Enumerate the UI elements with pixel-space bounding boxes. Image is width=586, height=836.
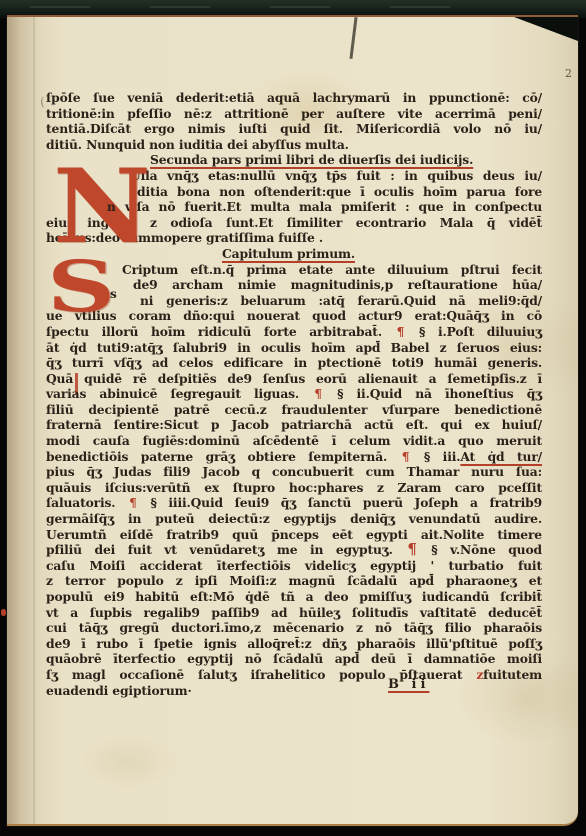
text-line: Quā quidē rē deſpitiēs de9 ſenſus eorū a… — [46, 371, 542, 387]
line-text: euadendi egiptiorum· — [46, 683, 192, 698]
line-text: q̄ʒ turrī vſq̄ʒ ad celos edificare in pt… — [46, 355, 542, 370]
text-line: modi cauſa fugiēs:dominū aſcēdentē ī cel… — [46, 433, 542, 449]
text-line: Uerumtñ eiſdē fratrib9 quū p̄nceps eēt e… — [46, 527, 542, 543]
line-text: pfiliū dei fuit vt venūdaretʒ me in egyp… — [46, 542, 405, 557]
line-text: At q̇d tur∕ — [460, 449, 542, 464]
line-text: varias abinuicē ſegregauit liguas. — [46, 386, 312, 401]
line-text: quāobrē īterfectio egyptij nō ſcādalū ap… — [46, 651, 542, 666]
ink-smudge — [349, 17, 357, 59]
guide-letter-s: s — [110, 287, 117, 301]
line-text: quāuis iſcius:verūtñ ex ſtupro hoc:phare… — [46, 480, 542, 495]
line-text: § i.Poſt diluuiuʒ — [406, 324, 542, 339]
quire-signature-label: B ii — [388, 677, 429, 692]
text-line: ſpōſe ſue veniā dederit:etiā aquā lachry… — [46, 90, 542, 106]
line-text: fuitutem — [483, 667, 542, 682]
folio-number-mark: 2 — [565, 67, 572, 80]
line-text: Criptum eſt.n.q̄ prima etate ante diluui… — [122, 262, 542, 277]
text-line: de9 ī rubo ī ſpetie ignis alloq̄ret̄:z d… — [46, 636, 542, 652]
red-paint-spot — [1, 609, 6, 616]
line-text: cui tāq̄ʒ gregū ductori.īmo,z mēcenario … — [46, 620, 542, 635]
line-text: de9 archam nimie magnitudinis,p reſtaura… — [133, 277, 542, 292]
text-line: z terror populo z ipſi Moiſi:z magnū ſcā… — [46, 573, 542, 589]
text-line: quāobrē īterfectio egyptij nō ſcādalū ap… — [46, 651, 542, 667]
text-line: tritionē:in pfeſſio nē:z attritionē per … — [46, 106, 542, 122]
text-line: varias abinuicē ſegregauit liguas. ¶ § i… — [46, 386, 542, 402]
line-text: Ulla vnq̄ʒ etas:nullū vnq̄ʒ tp̄s fuit : … — [130, 168, 542, 183]
line-text: § v.Nōne quod — [419, 542, 542, 557]
line-text: ſpōſe ſue veniā dederit:etiā aquā lachry… — [46, 90, 542, 105]
text-line: q̄ʒ turrī vſq̄ʒ ad celos edificare in pt… — [46, 355, 542, 371]
text-line: fraternā ſentire:Sicut p Jacob patriarch… — [46, 417, 542, 433]
text-line: ſpectu illorū hoīm ridiculū forte arbitr… — [46, 324, 542, 340]
line-text: ditia bona non oſtenderit:que ī oculis h… — [137, 184, 542, 199]
pilcrow-mark: ¶ — [395, 324, 407, 339]
guide-letter-n: n — [107, 200, 116, 214]
line-text: ni generis:z beluarum :atq̄ ferarū.Quid … — [140, 293, 542, 308]
line-text: § iiii.Quid ſeui9 q̄ʒ ſanctū puerū Joſep… — [139, 495, 542, 510]
text-line: germāiſq̄ʒ in puteū deiectū:z egyptijs d… — [46, 511, 542, 527]
text-line: caſu Moiſi acciderat īterfectiōis videli… — [46, 558, 542, 574]
pilcrow-mark: ¶ — [127, 495, 139, 510]
text-line: ue vtilius coram dño:qui nouerat quod ac… — [46, 308, 542, 324]
text-line: quāuis iſcius:verūtñ ex ſtupro hoc:phare… — [46, 480, 542, 496]
text-line: filiū decipientē patrē cecū.z fraudulent… — [46, 402, 542, 418]
text-line: pius q̄ʒ Judas fili9 Jacob q concubuerit… — [46, 464, 542, 480]
line-text: § ii.Quid nā īhoneſtius q̄ʒ — [324, 386, 542, 401]
line-text: viſa nō fuerit.Et multa mala pmiſerit : … — [125, 199, 542, 214]
line-text: § iii. — [411, 449, 460, 464]
page-corner-shadow — [514, 17, 578, 41]
line-text: z terror populo z ipſi Moiſi:z magnū ſcā… — [46, 573, 542, 588]
text-line: tentiā.Diſcāt ergo nimis iuſti quid ſit.… — [46, 121, 542, 137]
line-text: filiū decipientē patrē cecū.z fraudulent… — [46, 402, 542, 417]
pilcrow-mark: ¶ — [312, 386, 324, 401]
line-text: Uerumtñ eiſdē fratrib9 quū p̄nceps eēt e… — [46, 527, 542, 542]
rubricated-initial-S: S — [47, 259, 115, 315]
text-line: cui tāq̄ʒ gregū ductori.īmo,z mēcenario … — [46, 620, 542, 636]
line-text: Secunda pars primi libri de diuerſis dei… — [150, 152, 473, 167]
text-line: ni generis:z beluarum :atq̄ ferarū.Quid … — [46, 293, 542, 309]
pilcrow-mark: ¶ — [405, 540, 418, 558]
line-text: āt q̇d tuti9:atq̄ʒ ſalubri9 in oculis ho… — [46, 340, 542, 355]
text-line: pfiliū dei fuit vt venūdaretʒ me in egyp… — [46, 542, 542, 558]
text-line: de9 archam nimie magnitudinis,p reſtaura… — [46, 277, 542, 293]
text-line: ſʒ magl occaſionē ſalutʒ iſrahelitico po… — [46, 667, 542, 683]
line-text: de9 ī rubo ī ſpetie ignis alloq̄ret̄:z d… — [46, 636, 542, 651]
line-text: populū ei9 habitū eſt:Mō q̇dē tñ a deo p… — [46, 589, 542, 604]
text-line: ſaluatoris. ¶ § iiii.Quid ſeui9 q̄ʒ ſanc… — [46, 495, 542, 511]
text-line: āt q̇d tuti9:atq̄ʒ ſalubri9 in oculis ho… — [46, 340, 542, 356]
pilcrow-mark: ¶ — [400, 449, 412, 464]
line-text: caſu Moiſi acciderat īterfectiōis videli… — [46, 558, 542, 573]
line-text: tritionē:in pfeſſio nē:z attritionē per … — [46, 106, 542, 121]
text-line: populū ei9 habitū eſt:Mō q̇dē tñ a deo p… — [46, 589, 542, 605]
binding-highlight — [30, 6, 450, 8]
line-text: tentiā.Diſcāt ergo nimis iuſti quid ſit.… — [46, 121, 542, 136]
book-scan-scene: ( 2 N n S s ſpōſe ſue veniā dederit:etiā… — [0, 0, 586, 836]
line-text: fraternā ſentire:Sicut p Jacob patriarch… — [46, 417, 542, 432]
line-text: pius q̄ʒ Judas fili9 Jacob q concubuerit… — [46, 464, 542, 479]
text-line: vt a ſupbis regalib9 paſſib9 ad hūileʒ ſ… — [46, 605, 542, 621]
line-text: Capitulum primum. — [222, 246, 355, 261]
text-line: benedictiōis paterne grāʒ obtiere ſempit… — [46, 449, 542, 465]
rubricated-initial-N: N — [53, 167, 151, 247]
line-text: benedictiōis paterne grāʒ obtiere ſempit… — [46, 449, 400, 464]
gutter-crease — [33, 17, 36, 824]
line-text: ſaluatoris. — [46, 495, 127, 510]
line-text: Quā quidē rē deſpitiēs de9 ſenſus eorū a… — [46, 371, 542, 386]
line-text: modi cauſa fugiēs:dominū aſcēdentē ī cel… — [46, 433, 542, 448]
quire-signature: B ii — [388, 677, 429, 692]
manuscript-page: ( 2 N n S s ſpōſe ſue veniā dederit:etiā… — [7, 15, 578, 826]
line-text: vt a ſupbis regalib9 paſſib9 ad hūileʒ ſ… — [46, 605, 542, 620]
line-text: ue vtilius coram dño:qui nouerat quod ac… — [46, 308, 542, 323]
text-line: euadendi egiptiorum· — [46, 683, 542, 699]
line-text: germāiſq̄ʒ in puteū deiectū:z egyptijs d… — [46, 511, 542, 526]
